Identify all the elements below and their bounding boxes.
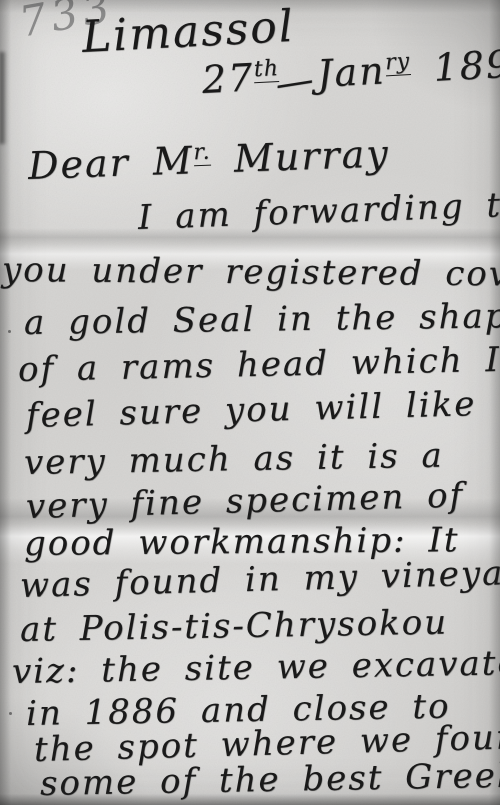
- paper-speck: [9, 712, 12, 715]
- paper-speck: [8, 330, 11, 333]
- letter-place: Limassol: [81, 1, 296, 63]
- letter-line: some of the best Greek: [40, 756, 500, 804]
- letter-line: a gold Seal in the shape: [24, 296, 500, 343]
- letter-line: feel sure you will like: [25, 384, 476, 436]
- salutation-prefix: Dear M: [27, 138, 194, 188]
- letter-line: viz: the site we excavated: [12, 643, 500, 692]
- letter-line: of a rams head which I: [18, 340, 500, 390]
- letter-salutation: Dear Mr. Murray: [27, 131, 390, 188]
- letter-scan-page: 733 Limassol 27th—Janry 1896 Dear Mr. Mu…: [0, 0, 500, 805]
- date-dash-flourish: —: [272, 56, 318, 106]
- letter-line: you under registered cover: [2, 250, 500, 295]
- letter-line: at Polis-tis-Chrysokou: [20, 603, 449, 650]
- salutation-superscript: r.: [193, 140, 211, 167]
- date-day: 27: [201, 55, 256, 102]
- letter-line: I am forwarding to: [137, 185, 500, 238]
- paper-edge-shadow: [0, 52, 7, 144]
- date-year: 1896: [432, 40, 500, 89]
- date-month: Jan: [316, 48, 387, 96]
- letter-line: very fine specimen of: [25, 476, 464, 527]
- salutation-name: Murray: [233, 131, 390, 180]
- date-month-suffix: ry: [385, 49, 411, 76]
- letter-line: very much as it is a: [24, 436, 444, 483]
